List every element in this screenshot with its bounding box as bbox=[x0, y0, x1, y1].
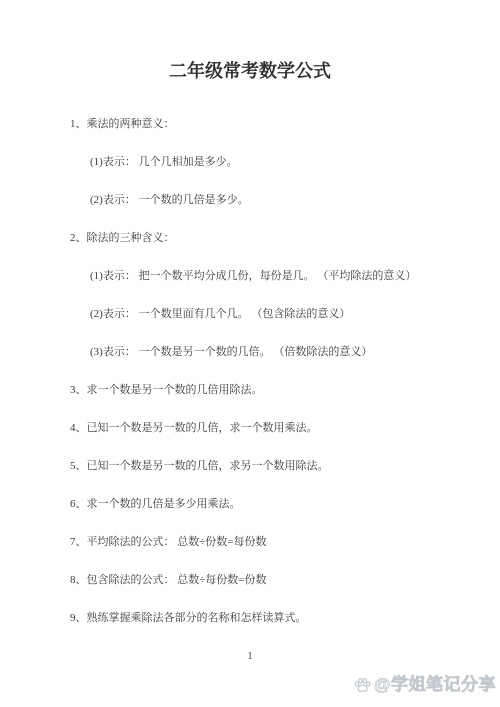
page-title: 二年级常考数学公式 bbox=[0, 61, 500, 81]
page-number: 1 bbox=[0, 650, 500, 663]
watermark: @学姐笔记分享 bbox=[353, 674, 496, 696]
doc-line-2: (1)表示： 几个几相加是多少。 bbox=[0, 155, 500, 170]
watermark-text: @学姐笔记分享 bbox=[374, 674, 496, 696]
doc-line-4: 2、除法的三种含义： bbox=[0, 231, 500, 246]
document-body: 1、乘法的两种意义： (1)表示： 几个几相加是多少。 (2)表示： 一个数的几… bbox=[0, 117, 500, 649]
doc-line-8: 3、求一个数是另一个数的几倍用除法。 bbox=[0, 383, 500, 398]
doc-line-6: (2)表示： 一个数里面有几个几。 （包含除法的意义） bbox=[0, 307, 500, 322]
doc-line-3: (2)表示： 一个数的几倍是多少。 bbox=[0, 193, 500, 208]
doc-line-11: 6、求一个数的几倍是多少用乘法。 bbox=[0, 497, 500, 512]
doc-line-12: 7、平均除法的公式： 总数÷份数=每份数 bbox=[0, 535, 500, 550]
doc-line-10: 5、已知一个数是另一数的几倍，求另一个数用除法。 bbox=[0, 459, 500, 474]
doc-line-5: (1)表示： 把一个数平均分成几份，每份是几。 （平均除法的意义） bbox=[0, 269, 500, 284]
doc-line-14: 9、熟练掌握乘除法各部分的名称和怎样读算式。 bbox=[0, 611, 500, 626]
paw-icon bbox=[353, 676, 372, 695]
document-page: 二年级常考数学公式 1、乘法的两种意义： (1)表示： 几个几相加是多少。 (2… bbox=[0, 0, 500, 707]
doc-line-7: (3)表示： 一个数是另一个数的几倍。 （倍数除法的意义） bbox=[0, 345, 500, 360]
doc-line-9: 4、已知一个数是另一数的几倍，求一个数用乘法。 bbox=[0, 421, 500, 436]
doc-line-13: 8、包含除法的公式： 总数÷每份数=份数 bbox=[0, 573, 500, 588]
doc-line-1: 1、乘法的两种意义： bbox=[0, 117, 500, 132]
